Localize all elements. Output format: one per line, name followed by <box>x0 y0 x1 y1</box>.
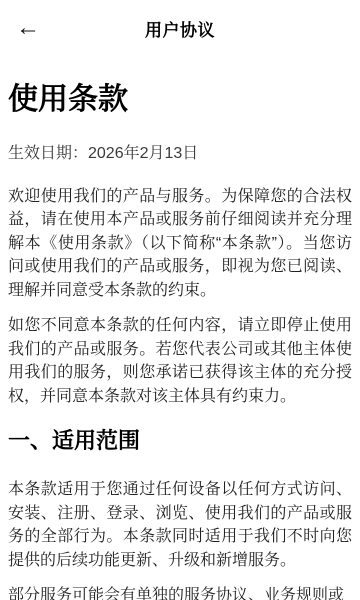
header: ← 用户协议 <box>0 0 360 56</box>
section-1-paragraph-2: 部分服务可能会有单独的服务协议、业务规则或 <box>8 584 352 600</box>
section-1-paragraph-1: 本条款适用于您通过任何设备以任何方式访问、安装、注册、登录、浏览、使用我们的产品… <box>8 478 352 572</box>
page-title: 使用条款 <box>8 83 352 118</box>
intro-paragraph-1: 欢迎使用我们的产品与服务。为保障您的合法权益，请在使用本产品或服务前仔细阅读并充… <box>8 185 352 303</box>
scroll-content[interactable]: 使用条款 生效日期：2026年2月13日 欢迎使用我们的产品与服务。为保障您的合… <box>0 83 360 600</box>
effective-date: 生效日期：2026年2月13日 <box>8 145 352 163</box>
section-1-heading: 一、适用范围 <box>8 428 352 454</box>
back-button[interactable]: ← <box>8 8 48 48</box>
intro-paragraph-2: 如您不同意本条款的任何内容，请立即停止使用我们的产品或服务。若您代表公司或其他主… <box>8 314 352 408</box>
back-arrow-icon: ← <box>16 16 40 40</box>
header-title: 用户协议 <box>145 16 215 41</box>
user-agreement-screen: ← 用户协议 使用条款 生效日期：2026年2月13日 欢迎使用我们的产品与服务… <box>0 0 360 600</box>
